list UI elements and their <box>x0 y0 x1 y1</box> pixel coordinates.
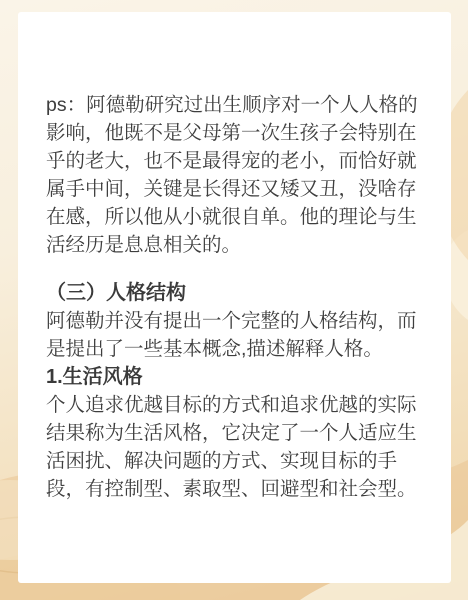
text-line: 乎的老大，也不是最得宠的老小，而恰好就 <box>46 147 441 175</box>
text-line: 影响，他既不是父母第一次生孩子会特别在 <box>46 119 441 147</box>
text-line: 个人追求优越目标的方式和追求优越的实际 <box>46 391 441 419</box>
text-line: 属手中间，关键是长得还又矮又丑，没啥存 <box>46 175 441 203</box>
text-line: 在感，所以他从小就很自单。他的理论与生 <box>46 203 441 231</box>
text-line: 结果称为生活风格，它决定了一个人适应生 <box>46 419 441 447</box>
paragraph-structure-intro: 阿德勒并没有提出一个完整的人格结构，而 是提出了一些基本概念,描述解释人格。 <box>46 307 441 363</box>
subheading-lifestyle: 1.生活风格 <box>46 363 441 391</box>
text-line: 阿德勒并没有提出一个完整的人格结构，而 <box>46 307 441 335</box>
paragraph-birth-order: ps：阿德勒研究过出生顺序对一个人人格的 影响，他既不是父母第一次生孩子会特别在… <box>46 91 441 259</box>
text-line: 段，有控制型、素取型、回避型和社会型。 <box>46 475 441 503</box>
note-image: ps：阿德勒研究过出生顺序对一个人人格的 影响，他既不是父母第一次生孩子会特别在… <box>0 0 468 600</box>
section-heading-personality-structure: （三）人格结构 <box>46 279 441 307</box>
note-card: ps：阿德勒研究过出生顺序对一个人人格的 影响，他既不是父母第一次生孩子会特别在… <box>18 12 451 583</box>
text-line: 活困扰、解决问题的方式、实现目标的手 <box>46 447 441 475</box>
note-content: ps：阿德勒研究过出生顺序对一个人人格的 影响，他既不是父母第一次生孩子会特别在… <box>46 91 441 503</box>
text-line: 是提出了一些基本概念,描述解释人格。 <box>46 335 441 363</box>
paragraph-lifestyle: 个人追求优越目标的方式和追求优越的实际 结果称为生活风格，它决定了一个人适应生 … <box>46 391 441 503</box>
text-line: 活经历是息息相关的。 <box>46 231 441 259</box>
text-line: ps：阿德勒研究过出生顺序对一个人人格的 <box>46 91 441 119</box>
